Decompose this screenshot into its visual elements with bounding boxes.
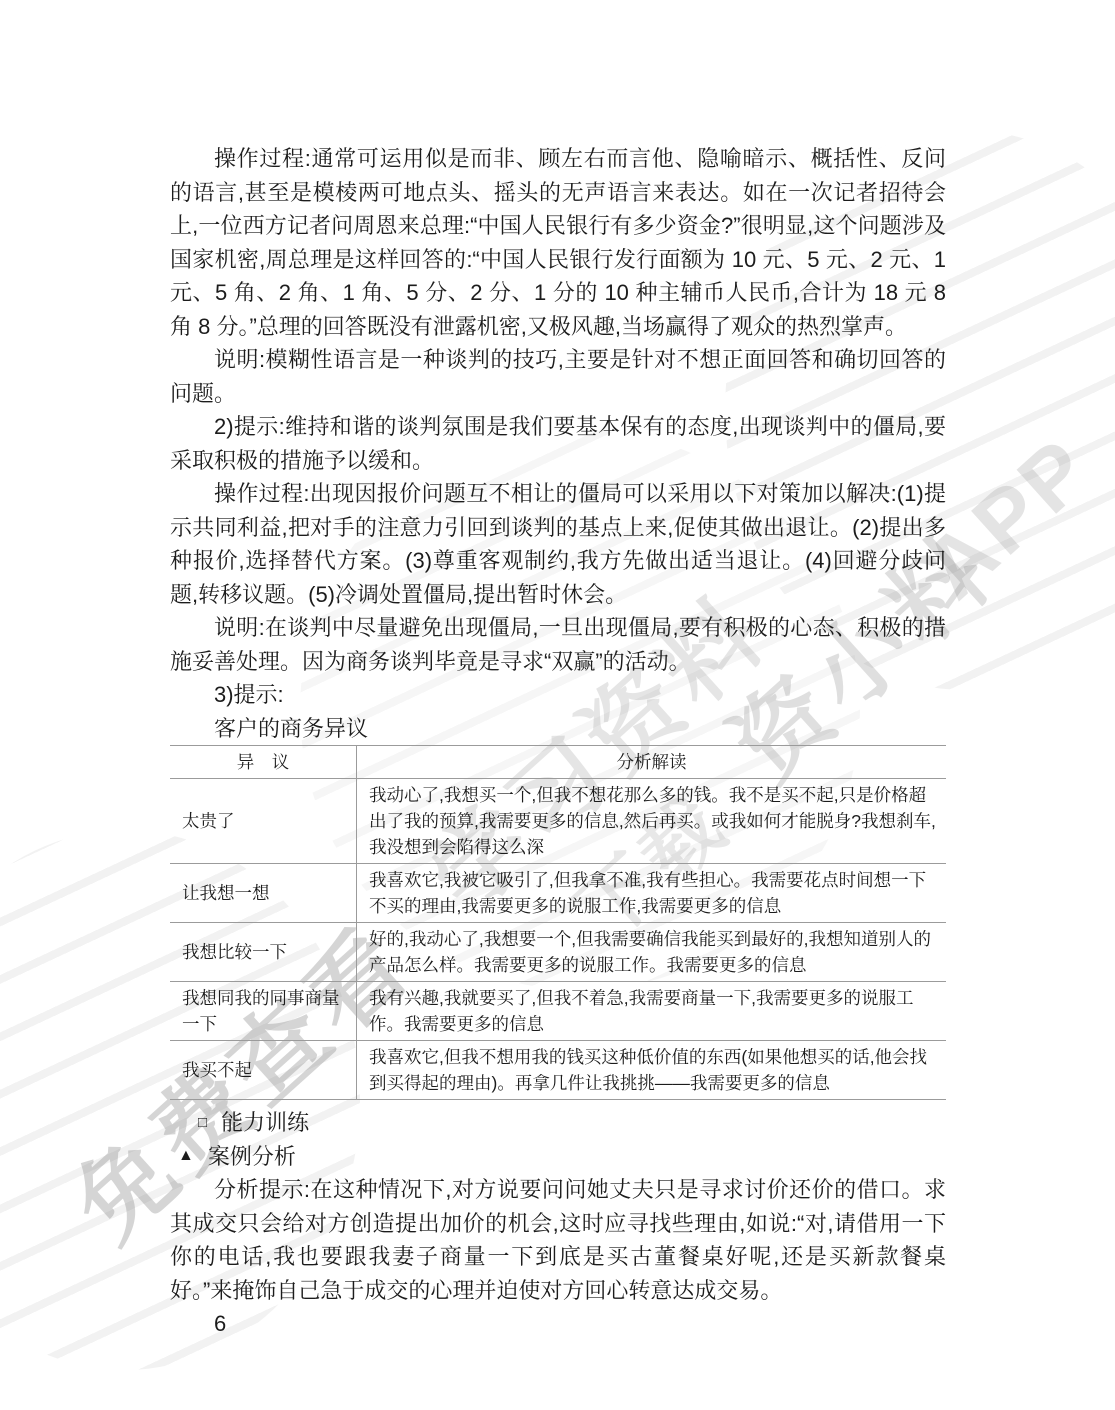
table-title: 客户的商务异议: [170, 712, 946, 746]
table-row: 我想同我的同事商量一下 我有兴趣,我就要买了,但我不着急,我需要商量一下,我需要…: [170, 982, 946, 1041]
objection-column-header: 异 议: [170, 746, 357, 779]
objection-cell: 太贵了: [170, 779, 357, 864]
analysis-cell: 我有兴趣,我就要买了,但我不着急,我需要商量一下,我需要更多的说服工作。我需要更…: [357, 982, 947, 1041]
table-header-row: 异 议 分析解读: [170, 746, 946, 779]
section-heading-case-analysis: ▲ 案例分析: [170, 1140, 946, 1174]
square-bullet-icon: □: [198, 1115, 207, 1130]
paragraph-analysis-tip: 分析提示:在这种情况下,对方说要问问她丈夫只是寻求讨价还价的借口。求其成交只会给…: [170, 1173, 946, 1307]
objection-cell: 让我想一想: [170, 864, 357, 923]
objection-cell: 我想同我的同事商量一下: [170, 982, 357, 1041]
page-content: 操作过程:通常可运用似是而非、顾左右而言他、隐喻暗示、概括性、反问的语言,甚至是…: [170, 142, 946, 1341]
paragraph-tip-3: 3)提示:: [170, 678, 946, 712]
table-row: 太贵了 我动心了,我想买一个,但我不想花那么多的钱。我不是买不起,只是价格超出了…: [170, 779, 946, 864]
table-row: 我想比较一下 好的,我动心了,我想要一个,但我需要确信我能买到最好的,我想知道别…: [170, 923, 946, 982]
table-row: 我买不起 我喜欢它,但我不想用我的钱买这种低价值的东西(如果他想买的话,他会找到…: [170, 1041, 946, 1100]
objections-table: 异 议 分析解读 太贵了 我动心了,我想买一个,但我不想花那么多的钱。我不是买不…: [170, 745, 946, 1100]
page-number: 6: [170, 1307, 946, 1341]
analysis-column-header: 分析解读: [357, 746, 947, 779]
section-heading-label: 能力训练: [221, 1106, 309, 1140]
document-page: 免费查看 学习资料 下载 资小料 APP 操作过程:通常可运用似是而非、顾左右而…: [0, 0, 1115, 1410]
table-row: 让我想一想 我喜欢它,我被它吸引了,但我拿不准,我有些担心。我需要花点时间想一下…: [170, 864, 946, 923]
objection-cell: 我想比较一下: [170, 923, 357, 982]
paragraph-operation-process-2: 操作过程:出现因报价问题互不相让的僵局可以采用以下对策加以解决:(1)提示共同利…: [170, 477, 946, 611]
paragraph-note-2: 说明:在谈判中尽量避免出现僵局,一旦出现僵局,要有积极的心态、积极的措施妥善处理…: [170, 611, 946, 678]
paragraph-operation-process-1: 操作过程:通常可运用似是而非、顾左右而言他、隐喻暗示、概括性、反问的语言,甚至是…: [170, 142, 946, 343]
analysis-cell: 我喜欢它,但我不想用我的钱买这种低价值的东西(如果他想买的话,他会找到买得起的理…: [357, 1041, 947, 1100]
paragraph-tip-2: 2)提示:维持和谐的谈判氛围是我们要基本保有的态度,出现谈判中的僵局,要采取积极…: [170, 410, 946, 477]
section-heading-label: 案例分析: [208, 1140, 296, 1174]
analysis-cell: 好的,我动心了,我想要一个,但我需要确信我能买到最好的,我想知道别人的产品怎么样…: [357, 923, 947, 982]
objection-cell: 我买不起: [170, 1041, 357, 1100]
triangle-bullet-icon: ▲: [178, 1148, 194, 1164]
section-heading-ability-training: □ 能力训练: [170, 1106, 946, 1140]
analysis-cell: 我动心了,我想买一个,但我不想花那么多的钱。我不是买不起,只是价格超出了我的预算…: [357, 779, 947, 864]
paragraph-note-1: 说明:模糊性语言是一种谈判的技巧,主要是针对不想正面回答和确切回答的问题。: [170, 343, 946, 410]
analysis-cell: 我喜欢它,我被它吸引了,但我拿不准,我有些担心。我需要花点时间想一下不买的理由,…: [357, 864, 947, 923]
